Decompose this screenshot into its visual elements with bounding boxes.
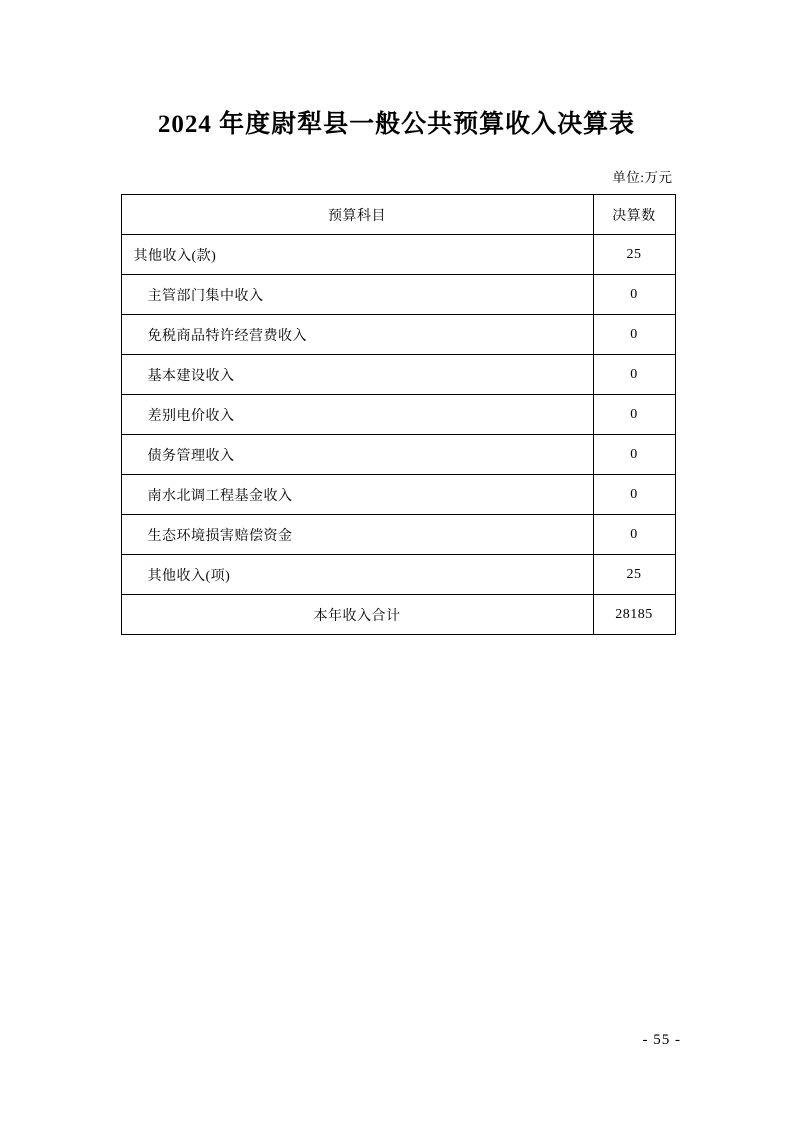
document-page: 2024 年度尉犁县一般公共预算收入决算表 单位:万元 预算科目 决算数 其他收… bbox=[0, 0, 793, 1122]
content-area: 单位:万元 预算科目 决算数 其他收入(款)25主管部门集中收入0免税商品特许经… bbox=[121, 166, 673, 635]
subject-cell: 债务管理收入 bbox=[121, 435, 593, 475]
table-row: 免税商品特许经营费收入0 bbox=[121, 315, 675, 355]
column-header-subject: 预算科目 bbox=[121, 195, 593, 235]
table-row: 生态环境损害赔偿资金0 bbox=[121, 515, 675, 555]
budget-table: 预算科目 决算数 其他收入(款)25主管部门集中收入0免税商品特许经营费收入0基… bbox=[121, 194, 676, 635]
table-row: 南水北调工程基金收入0 bbox=[121, 475, 675, 515]
subject-cell: 本年收入合计 bbox=[121, 595, 593, 635]
value-cell: 0 bbox=[593, 395, 675, 435]
value-cell: 25 bbox=[593, 235, 675, 275]
column-header-amount: 决算数 bbox=[593, 195, 675, 235]
table-row: 主管部门集中收入0 bbox=[121, 275, 675, 315]
subject-cell: 基本建设收入 bbox=[121, 355, 593, 395]
page-number: - 55 - bbox=[643, 1032, 682, 1049]
subject-cell: 南水北调工程基金收入 bbox=[121, 475, 593, 515]
table-row: 债务管理收入0 bbox=[121, 435, 675, 475]
value-cell: 0 bbox=[593, 475, 675, 515]
table-row: 差别电价收入0 bbox=[121, 395, 675, 435]
page-title: 2024 年度尉犁县一般公共预算收入决算表 bbox=[0, 0, 793, 140]
value-cell: 0 bbox=[593, 275, 675, 315]
subject-cell: 其他收入(款) bbox=[121, 235, 593, 275]
value-cell: 25 bbox=[593, 555, 675, 595]
value-cell: 0 bbox=[593, 315, 675, 355]
table-header-row: 预算科目 决算数 bbox=[121, 195, 675, 235]
table-row: 本年收入合计28185 bbox=[121, 595, 675, 635]
unit-label: 单位:万元 bbox=[121, 166, 673, 186]
subject-cell: 其他收入(项) bbox=[121, 555, 593, 595]
subject-cell: 生态环境损害赔偿资金 bbox=[121, 515, 593, 555]
table-row: 基本建设收入0 bbox=[121, 355, 675, 395]
table-row: 其他收入(款)25 bbox=[121, 235, 675, 275]
table-row: 其他收入(项)25 bbox=[121, 555, 675, 595]
subject-cell: 差别电价收入 bbox=[121, 395, 593, 435]
value-cell: 0 bbox=[593, 515, 675, 555]
table-body: 其他收入(款)25主管部门集中收入0免税商品特许经营费收入0基本建设收入0差别电… bbox=[121, 235, 675, 635]
subject-cell: 主管部门集中收入 bbox=[121, 275, 593, 315]
value-cell: 28185 bbox=[593, 595, 675, 635]
value-cell: 0 bbox=[593, 355, 675, 395]
subject-cell: 免税商品特许经营费收入 bbox=[121, 315, 593, 355]
value-cell: 0 bbox=[593, 435, 675, 475]
